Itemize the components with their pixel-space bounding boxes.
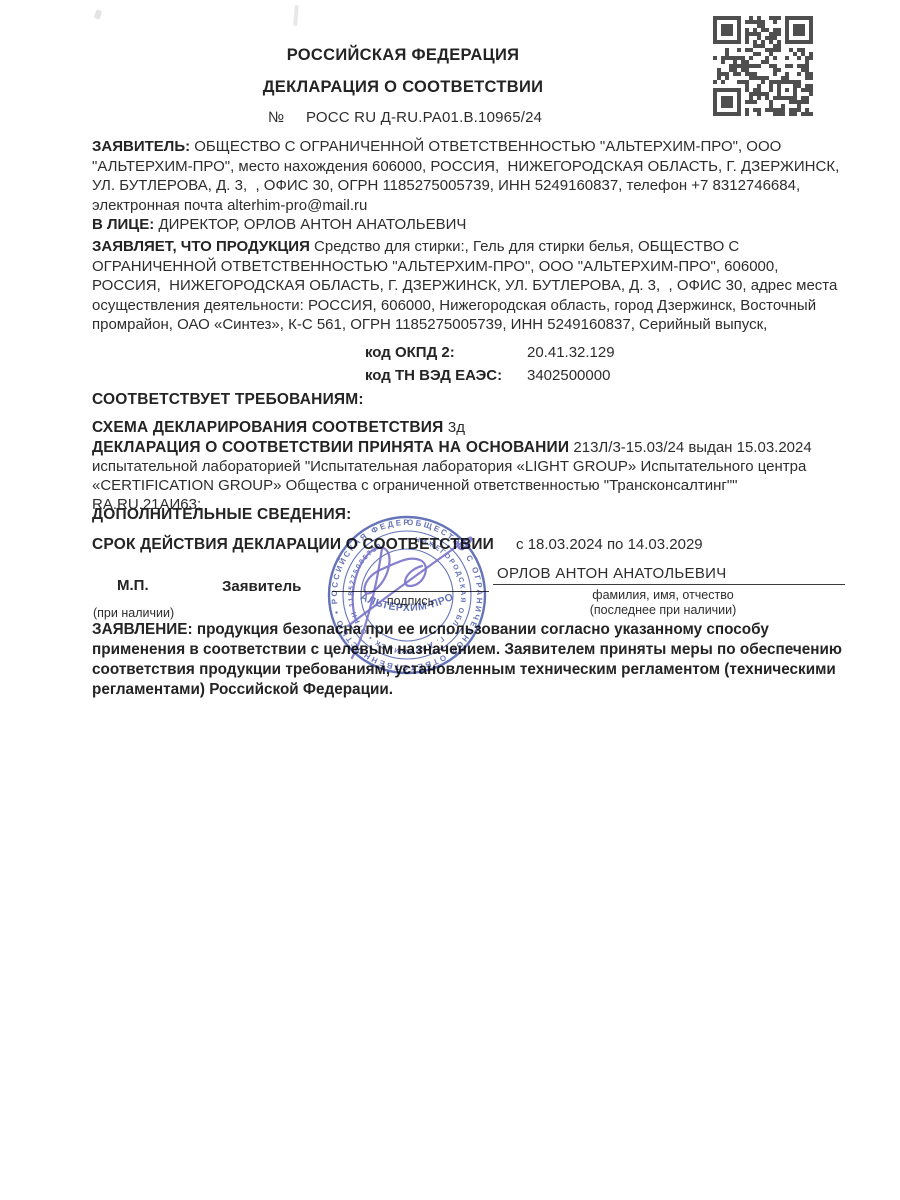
applicant-section: ЗАЯВИТЕЛЬ: ОБЩЕСТВО С ОГРАНИЧЕННОЙ ОТВЕТ… bbox=[92, 137, 850, 235]
signer-name: ОРЛОВ АНТОН АНАТОЛЬЕВИЧ bbox=[497, 565, 727, 582]
basis-value: 213Л/3-15.03/24 выдан 15.03.2024 bbox=[573, 439, 811, 456]
in-person-label: В ЛИЦЕ: bbox=[92, 216, 154, 233]
additional-heading: ДОПОЛНИТЕЛЬНЫЕ СВЕДЕНИЯ: bbox=[92, 506, 352, 524]
statement-label: ЗАЯВЛЕНИЕ: bbox=[92, 621, 193, 638]
validity-label: СРОК ДЕЙСТВИЯ ДЕКЛАРАЦИИ О СООТВЕТСТВИИ bbox=[92, 536, 494, 553]
document-title: ДЕКЛАРАЦИЯ О СООТВЕТСТВИИ bbox=[0, 78, 806, 97]
tnved-code-value: 3402500000 bbox=[527, 367, 610, 384]
product-label: ЗАЯВЛЯЕТ, ЧТО ПРОДУКЦИЯ bbox=[92, 238, 310, 255]
applicant-text: ОБЩЕСТВО С ОГРАНИЧЕННОЙ ОТВЕТСТВЕННОСТЬЮ… bbox=[92, 138, 843, 214]
scan-speck bbox=[94, 9, 102, 19]
basis-label: ДЕКЛАРАЦИЯ О СООТВЕТСТВИИ ПРИНЯТА НА ОСН… bbox=[92, 439, 569, 456]
scheme-label: СХЕМА ДЕКЛАРИРОВАНИЯ СООТВЕТСТВИЯ bbox=[92, 419, 443, 436]
seal-label: М.П. bbox=[117, 577, 149, 594]
basis-section: ДЕКЛАРАЦИЯ О СООТВЕТСТВИИ ПРИНЯТА НА ОСН… bbox=[92, 438, 850, 514]
name-caption: фамилия, имя, отчество(последнее при нал… bbox=[497, 588, 829, 617]
scan-speck bbox=[293, 5, 298, 26]
signature-line bbox=[332, 591, 489, 592]
number-label: № bbox=[268, 109, 284, 126]
conformity-heading: СООТВЕТСТВУЕТ ТРЕБОВАНИЯМ: bbox=[92, 391, 364, 409]
okpd-code-value: 20.41.32.129 bbox=[527, 344, 615, 361]
basis-lab-text: испытательной лабораторией "Испытательна… bbox=[92, 458, 811, 513]
statement-text: продукция безопасна при ее использовании… bbox=[92, 621, 846, 698]
applicant-role-label: Заявитель bbox=[222, 578, 301, 595]
product-section: ЗАЯВЛЯЕТ, ЧТО ПРОДУКЦИЯ Средство для сти… bbox=[92, 237, 850, 335]
name-line bbox=[493, 584, 845, 585]
applicant-label: ЗАЯВИТЕЛЬ: bbox=[92, 138, 190, 155]
declaration-document: РОССИЙСКАЯ ФЕДЕРАЦИЯ ДЕКЛАРАЦИЯ О СООТВЕ… bbox=[0, 0, 900, 1200]
country-title: РОССИЙСКАЯ ФЕДЕРАЦИЯ bbox=[0, 46, 806, 65]
scheme-value: 3д bbox=[448, 419, 465, 436]
statement-section: ЗАЯВЛЕНИЕ: продукция безопасна при ее ис… bbox=[92, 620, 842, 700]
validity-value: с 18.03.2024 по 14.03.2029 bbox=[516, 536, 703, 553]
validity-row: СРОК ДЕЙСТВИЯ ДЕКЛАРАЦИИ О СООТВЕТСТВИИс… bbox=[92, 536, 703, 554]
signature-caption: подпись bbox=[332, 594, 489, 609]
document-header: РОССИЙСКАЯ ФЕДЕРАЦИЯ ДЕКЛАРАЦИЯ О СООТВЕ… bbox=[0, 46, 806, 97]
in-person-text: ДИРЕКТОР, ОРЛОВ АНТОН АНАТОЛЬЕВИЧ bbox=[158, 216, 466, 233]
okpd-code-label: код ОКПД 2: bbox=[365, 344, 455, 361]
name-caption-line1: фамилия, имя, отчество bbox=[497, 588, 829, 603]
scheme-row: СХЕМА ДЕКЛАРИРОВАНИЯ СООТВЕТСТВИЯ 3д bbox=[92, 419, 465, 437]
name-caption-line2: (последнее при наличии) bbox=[497, 603, 829, 618]
tnved-code-label: код ТН ВЭД ЕАЭС: bbox=[365, 367, 502, 384]
seal-note: (при наличии) bbox=[93, 606, 174, 621]
declaration-number: РОСС RU Д-RU.РА01.В.10965/24 bbox=[306, 109, 542, 126]
